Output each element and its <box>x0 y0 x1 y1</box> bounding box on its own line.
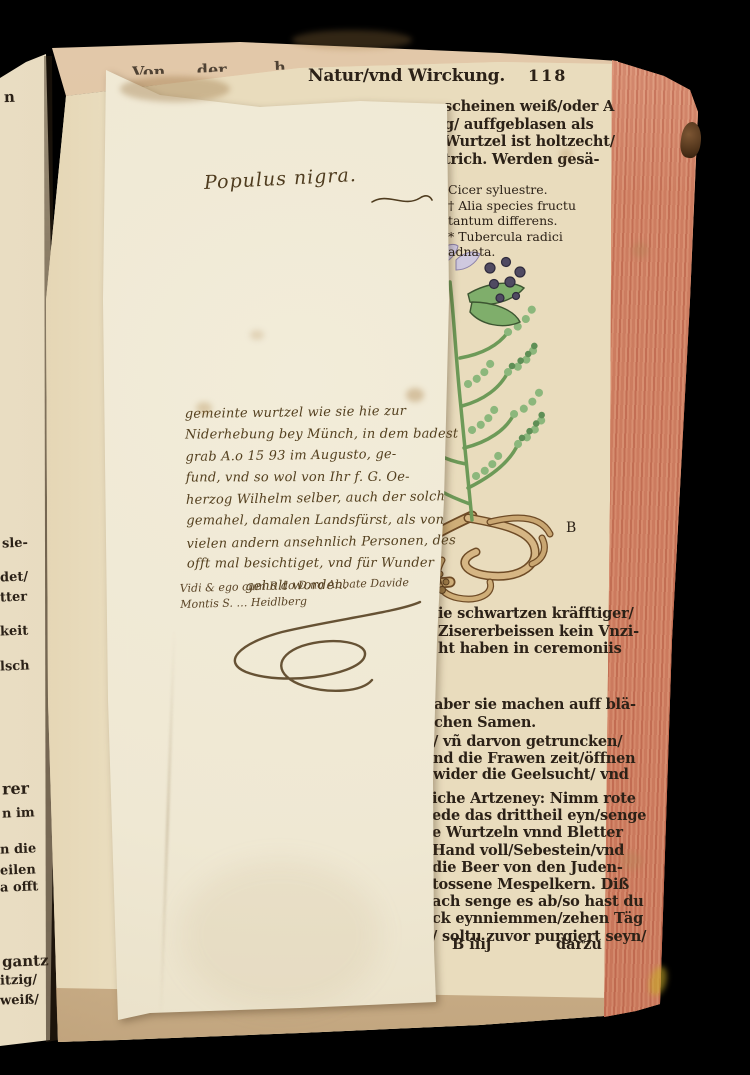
stain <box>250 330 264 340</box>
title-flourish <box>370 188 434 212</box>
manuscript-note: gemeinte wurtzel wie sie hie zur Niderhe… <box>185 400 461 598</box>
manuscript-line: offt mal besichtiget, vnd für Wunder <box>187 553 460 576</box>
stain <box>292 30 412 50</box>
stain <box>620 852 642 870</box>
manuscript-line: grab A.o 15 93 im Augusto, ge- <box>185 443 458 468</box>
manuscript-line: gemeinte wurtzel wie sie hie zur <box>185 400 458 425</box>
signature-flourish <box>212 596 428 716</box>
manuscript-line: gemahel, damalen Landsfürst, als von <box>186 509 459 532</box>
stain <box>120 76 230 102</box>
stain <box>406 388 424 402</box>
manuscript-line: vielen andern ansehnlich Personen, des <box>186 530 459 555</box>
stain <box>560 148 572 160</box>
manuscript-line: fund, vnd so wol von Ihr f. G. Oe- <box>186 466 459 489</box>
manuscript-line: herzog Wilhelm selber, auch der solch <box>186 486 459 511</box>
water-stain <box>180 860 380 1010</box>
stain <box>632 242 648 258</box>
stain <box>196 402 212 414</box>
manuscript-line: Niderhebung bey Münch, in dem badest <box>185 423 458 446</box>
book-photo: n sle- det/ tter keit lsch rer n im n di… <box>0 0 750 1075</box>
